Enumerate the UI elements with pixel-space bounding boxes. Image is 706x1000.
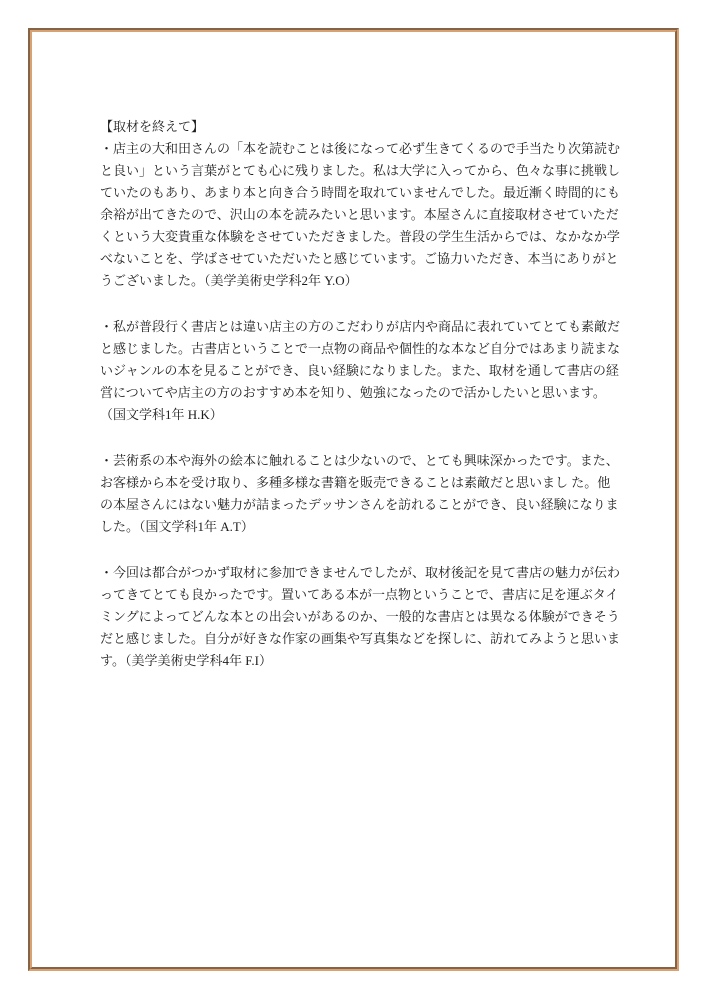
document-heading: 【取材を終えて】 [100, 116, 624, 138]
feedback-paragraph-2: ・私が普段行く書店とは違い店主の方のこだわりが店内や商品に表れていてとても素敵だ… [100, 316, 624, 426]
feedback-paragraph-4: ・今回は都合がつかず取材に参加できませんでしたが、取材後記を見て書店の魅力が伝わ… [100, 562, 624, 672]
document-page: { "page": { "background_color": "#ffffff… [0, 0, 706, 1000]
document-content: 【取材を終えて】 ・店主の大和田さんの「本を読むことは後になって必ず生きてくるの… [100, 116, 624, 672]
feedback-paragraph-1: ・店主の大和田さんの「本を読むことは後になって必ず生きてくるので手当たり次第読む… [100, 138, 624, 292]
page-border-frame: 【取材を終えて】 ・店主の大和田さんの「本を読むことは後になって必ず生きてくるの… [28, 28, 679, 971]
feedback-paragraph-3: ・芸術系の本や海外の絵本に触れることは少ないので、とても興味深かったです。また、… [100, 450, 624, 538]
